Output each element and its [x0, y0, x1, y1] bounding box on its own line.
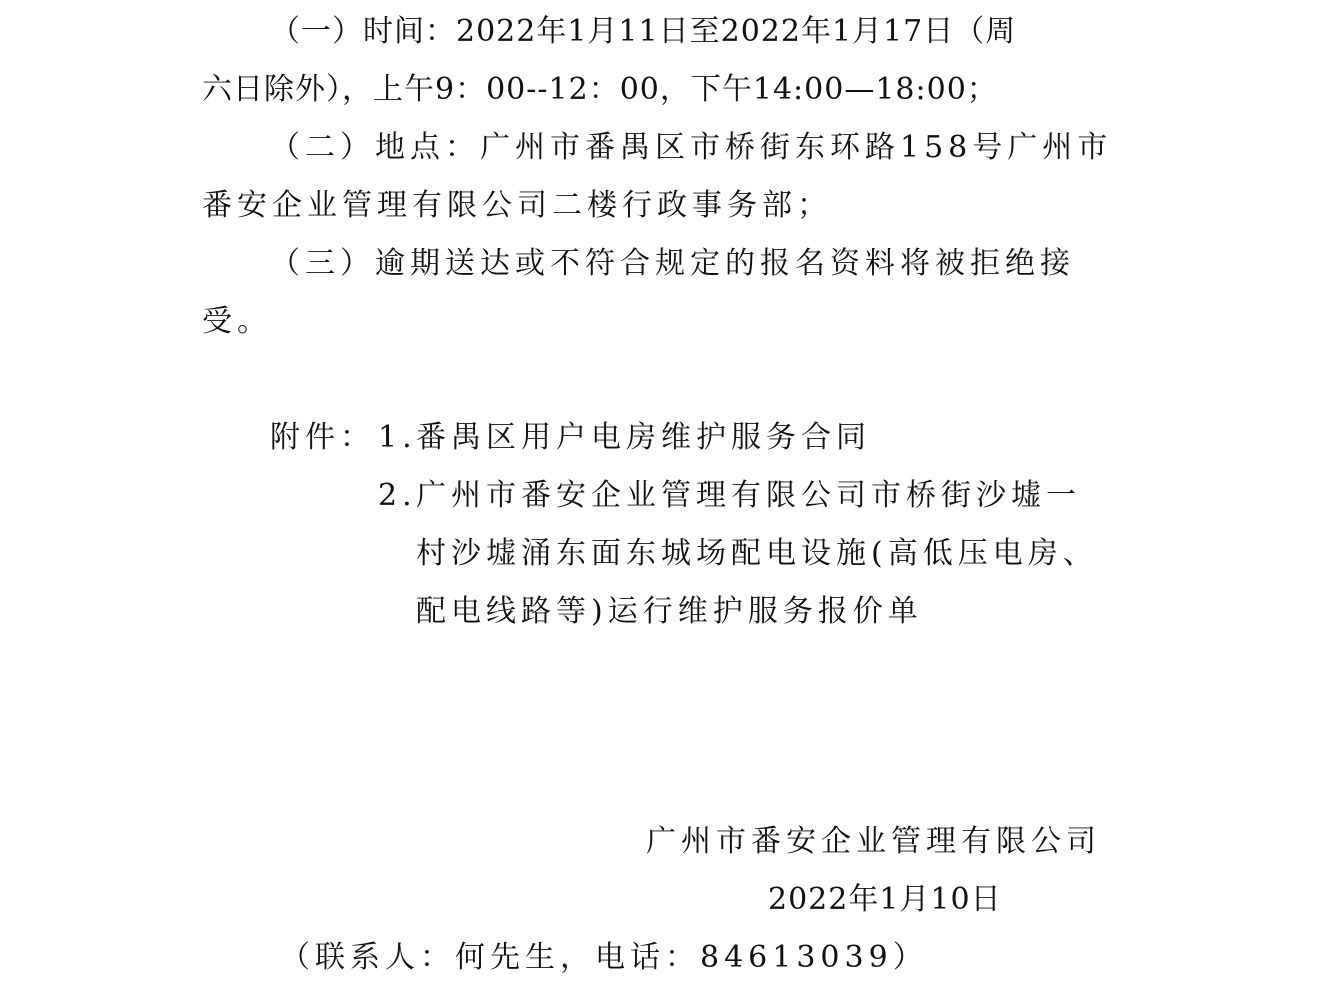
item-2-line-2: 番安企业管理有限公司二楼行政事务部；	[202, 186, 832, 226]
attachment-2-line-3: 配电线路等)运行维护服务报价单	[416, 592, 923, 632]
contact-info: （联系人：何先生，电话：84613039）	[280, 938, 928, 978]
signature-company: 广州市番安企业管理有限公司	[646, 822, 1101, 862]
item-2-line-1: （二）地点：广州市番禺区市桥街东环路158号广州市	[270, 128, 1112, 168]
attachment-1-title: 番禺区用户电房维护服务合同	[416, 418, 871, 458]
signature-date: 2022年1月10日	[768, 880, 1002, 920]
attachment-1-number: 1.	[378, 418, 417, 458]
item-3-line-1: （三）逾期送达或不符合规定的报名资料将被拒绝接	[270, 244, 1075, 284]
item-1-line-2: 六日除外），上午9：00--12：00，下午14:00—18:00；	[202, 70, 998, 110]
attachment-2-line-1: 广州市番安企业管理有限公司市桥街沙墟一	[416, 476, 1081, 516]
item-3-line-2: 受。	[202, 302, 272, 342]
attachment-2-number: 2.	[378, 476, 417, 516]
attachment-2-line-2: 村沙墟涌东面东城场配电设施(高低压电房、	[416, 534, 1098, 574]
item-1-line-1: （一）时间：2022年1月11日至2022年1月17日（周	[270, 12, 1016, 52]
attachments-label: 附件：	[270, 418, 375, 458]
